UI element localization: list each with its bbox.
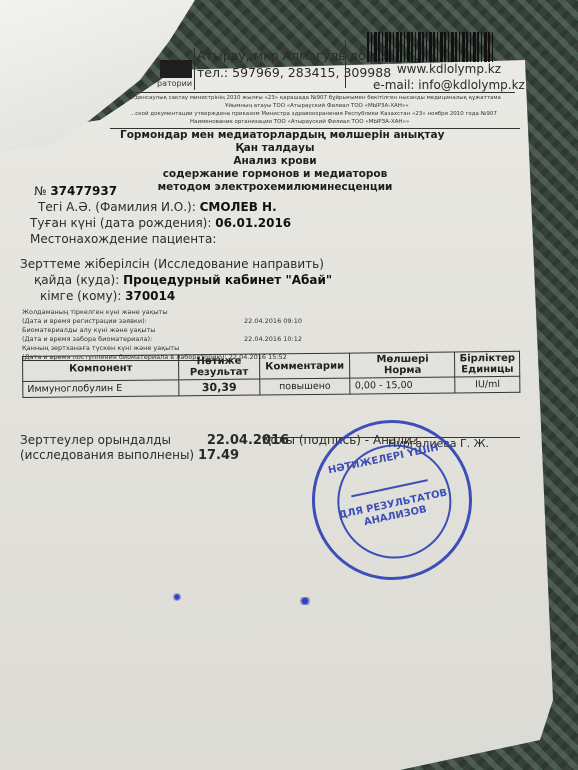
col-units-kz: Бірліктер xyxy=(459,353,515,365)
timestamp-value: 22.04.2016 10:12 xyxy=(244,335,302,344)
where-label: қайда (куда): xyxy=(34,273,119,287)
title-line: Қан талдауы xyxy=(120,142,430,155)
timestamp-label-kz: Жолдаманың тіркелген күні және уақыты xyxy=(22,308,302,317)
title-line: содержание гормонов и медиаторов xyxy=(120,168,430,181)
col-comments: Комментарии xyxy=(259,353,350,379)
completed-block: Зерттеулер орындалды 22.04.2016 (исследо… xyxy=(20,433,289,463)
completed-label-ru: (исследования выполнены) xyxy=(20,448,194,462)
col-units-ru: Единицы xyxy=(460,364,516,376)
name-label: Тегі А.Ә. (Фамилия И.О.): xyxy=(38,200,196,214)
header-rule xyxy=(135,92,515,93)
lab-address: Атырау, мкр Алмагуль дом 35 xyxy=(197,47,395,64)
dob-label: Туған күні (дата рождения): xyxy=(30,216,211,230)
cell-norm: 0,00 - 15,00 xyxy=(350,377,455,394)
patient-location-label: Местонахождение пациента: xyxy=(30,232,216,246)
completed-time: 17.49 xyxy=(198,448,239,463)
col-norm-ru: Норма xyxy=(355,365,451,377)
lab-email: e-mail: info@kdlolymp.kz xyxy=(373,77,525,93)
cell-units: IU/ml xyxy=(455,376,520,393)
legal-line: Наименование организации ТОО «Атырауский… xyxy=(130,118,501,126)
legal-line: Ұйымның атауы ТОО «Атырауский Филиал ТОО… xyxy=(130,102,501,110)
lab-address-block: Атырау, мкр Алмагуль дом 35 тел.: 597969… xyxy=(197,47,395,81)
col-component: Компонент xyxy=(23,355,179,382)
number-label: № xyxy=(34,184,46,198)
col-norm: МөлшеріНорма xyxy=(350,352,455,378)
cell-comment: повышено xyxy=(259,378,350,395)
patient-name: Тегі А.Ә. (Фамилия И.О.): СМОЛЕВ Н. xyxy=(38,200,277,214)
number-value: 37477937 xyxy=(50,184,117,198)
ink-mark-icon xyxy=(298,597,312,605)
referral-whom: кімге (кому): 370014 xyxy=(40,289,175,303)
timestamp-label-kz: Қанның зертханаға түскен күні және уақыт… xyxy=(22,344,302,353)
header-divider xyxy=(345,40,346,88)
timestamp-value: 22.04.2016 09:10 xyxy=(244,317,302,326)
timestamp-label-ru: (Дата и время забора биоматериала): xyxy=(22,335,152,344)
lab-name-fragment: ратории xyxy=(157,79,192,88)
header-divider xyxy=(194,48,195,90)
completed-label-kz: Зерттеулер орындалды xyxy=(20,433,171,447)
cell-result: 30,39 xyxy=(179,379,260,396)
referral-heading: Зерттеме жіберілсін (Исследование направ… xyxy=(20,257,324,271)
col-result-ru: Результат xyxy=(183,367,255,379)
timestamp-row: Жолдаманың тіркелген күні және уақыты (Д… xyxy=(22,308,302,326)
dob-value: 06.01.2016 xyxy=(215,216,291,230)
col-result: НәтижеРезультат xyxy=(179,354,260,380)
results-table: Компонент НәтижеРезультат Комментарии Мө… xyxy=(22,351,520,398)
name-value: СМОЛЕВ Н. xyxy=(200,200,277,214)
cell-component: Иммуноглобулин Е xyxy=(23,380,179,398)
lab-logo-icon xyxy=(160,60,192,78)
ink-mark-icon xyxy=(172,593,182,601)
timestamp-row: Биоматериалды алу күні және уақыты (Дата… xyxy=(22,326,302,344)
patient-dob: Туған күні (дата рождения): 06.01.2016 xyxy=(30,216,291,230)
title-line: методом электрохемилюминесценции xyxy=(120,181,430,194)
where-value: Процедурный кабинет "Абай" xyxy=(123,273,332,287)
barcode-icon xyxy=(367,32,493,62)
legal-line: ...денсаулық сақтау министрінің 2010 жыл… xyxy=(130,94,501,102)
col-units: БірліктерЕдиницы xyxy=(455,351,520,377)
lab-website: www.kdlolymp.kz xyxy=(373,61,525,77)
referral-where: қайда (куда): Процедурный кабинет "Абай" xyxy=(34,273,332,287)
lab-phone: тел.: 597969, 283415, 309988 xyxy=(197,64,395,81)
timestamp-label-ru: (Дата и время регистрации заявки): xyxy=(22,317,147,326)
report-number: № 37477937 xyxy=(34,184,117,198)
title-line: Гормондар мен медиаторлардың мөлшерін ан… xyxy=(120,129,430,142)
timestamp-label-kz: Биоматериалды алу күні және уақыты xyxy=(22,326,302,335)
whom-value: 370014 xyxy=(125,289,175,303)
col-result-kz: Нәтиже xyxy=(183,356,255,368)
legal-line: ...ской документации утверждена приказом… xyxy=(130,110,501,118)
legal-notice: ...денсаулық сақтау министрінің 2010 жыл… xyxy=(130,94,501,126)
report-title: Гормондар мен медиаторлардың мөлшерін ан… xyxy=(120,129,430,194)
title-line: Анализ крови xyxy=(120,155,430,168)
whom-label: кімге (кому): xyxy=(40,289,121,303)
lab-contacts: www.kdlolymp.kz e-mail: info@kdlolymp.kz xyxy=(373,61,525,93)
